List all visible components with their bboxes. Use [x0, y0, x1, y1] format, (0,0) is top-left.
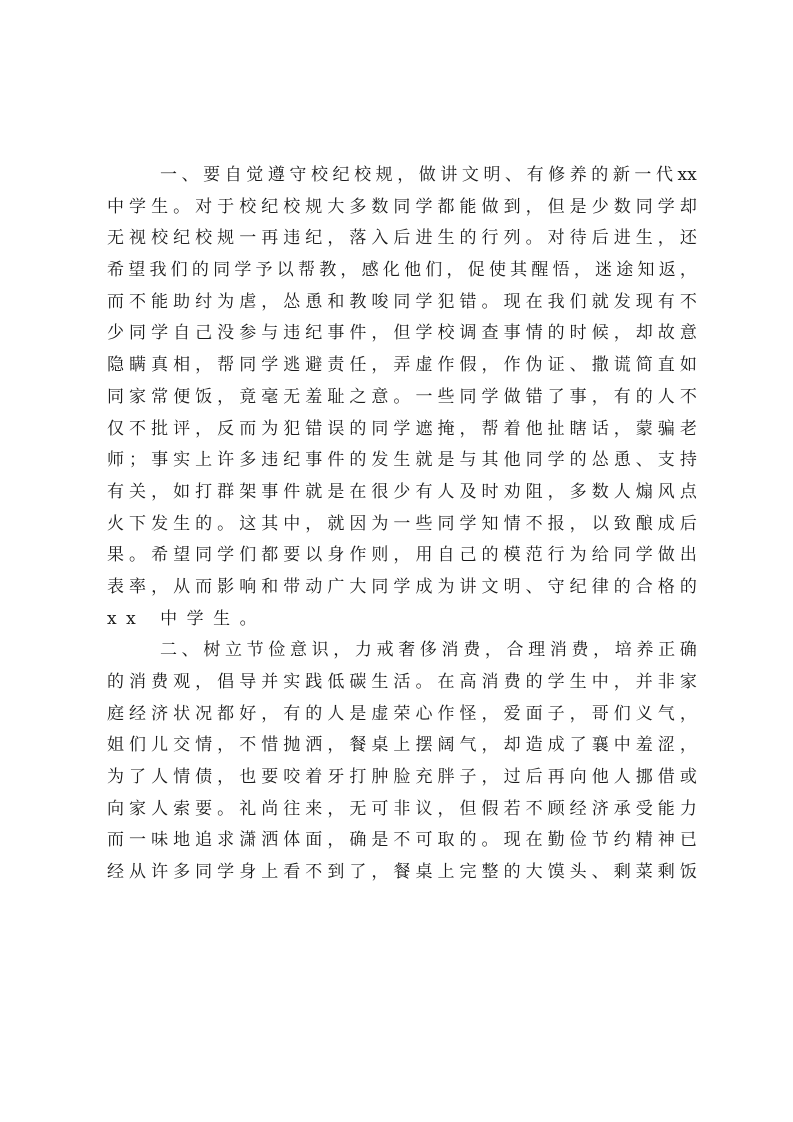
text-line: 同家常便饭，竟毫无羞耻之意。一些同学做错了事，有的人不: [107, 382, 697, 414]
paragraph-1: 一、要自觉遵守校纪校规，做讲文明、有修养的新一代xx 中学生。对于校纪校规大多数…: [107, 160, 697, 635]
text-line: 一、要自觉遵守校纪校规，做讲文明、有修养的新一代xx: [107, 160, 697, 192]
text-line: 而一味地追求潇洒体面，确是不可取的。现在勤俭节约精神已: [107, 825, 697, 857]
text-line: 隐瞒真相，帮同学逃避责任，弄虚作假，作伪证、撒谎简直如: [107, 350, 697, 382]
text-line: 而不能助纣为虐，怂恿和教唆同学犯错。现在我们就发现有不: [107, 287, 697, 319]
text-line: 中学生。对于校纪校规大多数同学都能做到，但是少数同学却: [107, 192, 697, 224]
document-page: 一、要自觉遵守校纪校规，做讲文明、有修养的新一代xx 中学生。对于校纪校规大多数…: [107, 160, 697, 889]
text-line: 经从许多同学身上看不到了，餐桌上完整的大馍头、剩菜剩饭: [107, 857, 697, 889]
text-line: 仅不批评，反而为犯错误的同学遮掩，帮着他扯瞎话，蒙骗老: [107, 414, 697, 446]
text-line: 庭经济状况都好，有的人是虚荣心作怪，爱面子，哥们义气，: [107, 699, 697, 731]
paragraph-2: 二、树立节俭意识，力戒奢侈消费，合理消费，培养正确 的消费观，倡导并实践低碳生活…: [107, 635, 697, 889]
text-line: 为了人情债，也要咬着牙打肿脸充胖子，过后再向他人挪借或: [107, 762, 697, 794]
text-line: 二、树立节俭意识，力戒奢侈消费，合理消费，培养正确: [107, 635, 697, 667]
text-line: 的消费观，倡导并实践低碳生活。在高消费的学生中，并非家: [107, 667, 697, 699]
text-line: 希望我们的同学予以帮教，感化他们，促使其醒悟，迷途知返，: [107, 255, 697, 287]
text-line: 有关，如打群架事件就是在很少有人及时劝阻，多数人煽风点: [107, 477, 697, 509]
text-line: 火下发生的。这其中，就因为一些同学知情不报，以致酿成后: [107, 509, 697, 541]
text-line: xx 中学生。: [107, 604, 697, 636]
text-line: 无视校纪校规一再违纪，落入后进生的行列。对待后进生，还: [107, 223, 697, 255]
text-line: 师；事实上许多违纪事件的发生就是与其他同学的怂恿、支持: [107, 445, 697, 477]
text-line: 表率，从而影响和带动广大同学成为讲文明、守纪律的合格的: [107, 572, 697, 604]
text-line: 姐们儿交情，不惜抛洒，餐桌上摆阔气，却造成了襄中羞涩，: [107, 730, 697, 762]
text-line: 向家人索要。礼尚往来，无可非议，但假若不顾经济承受能力: [107, 794, 697, 826]
text-line: 少同学自己没参与违纪事件，但学校调查事情的时候，却故意: [107, 318, 697, 350]
text-line: 果。希望同学们都要以身作则，用自己的模范行为给同学做出: [107, 540, 697, 572]
